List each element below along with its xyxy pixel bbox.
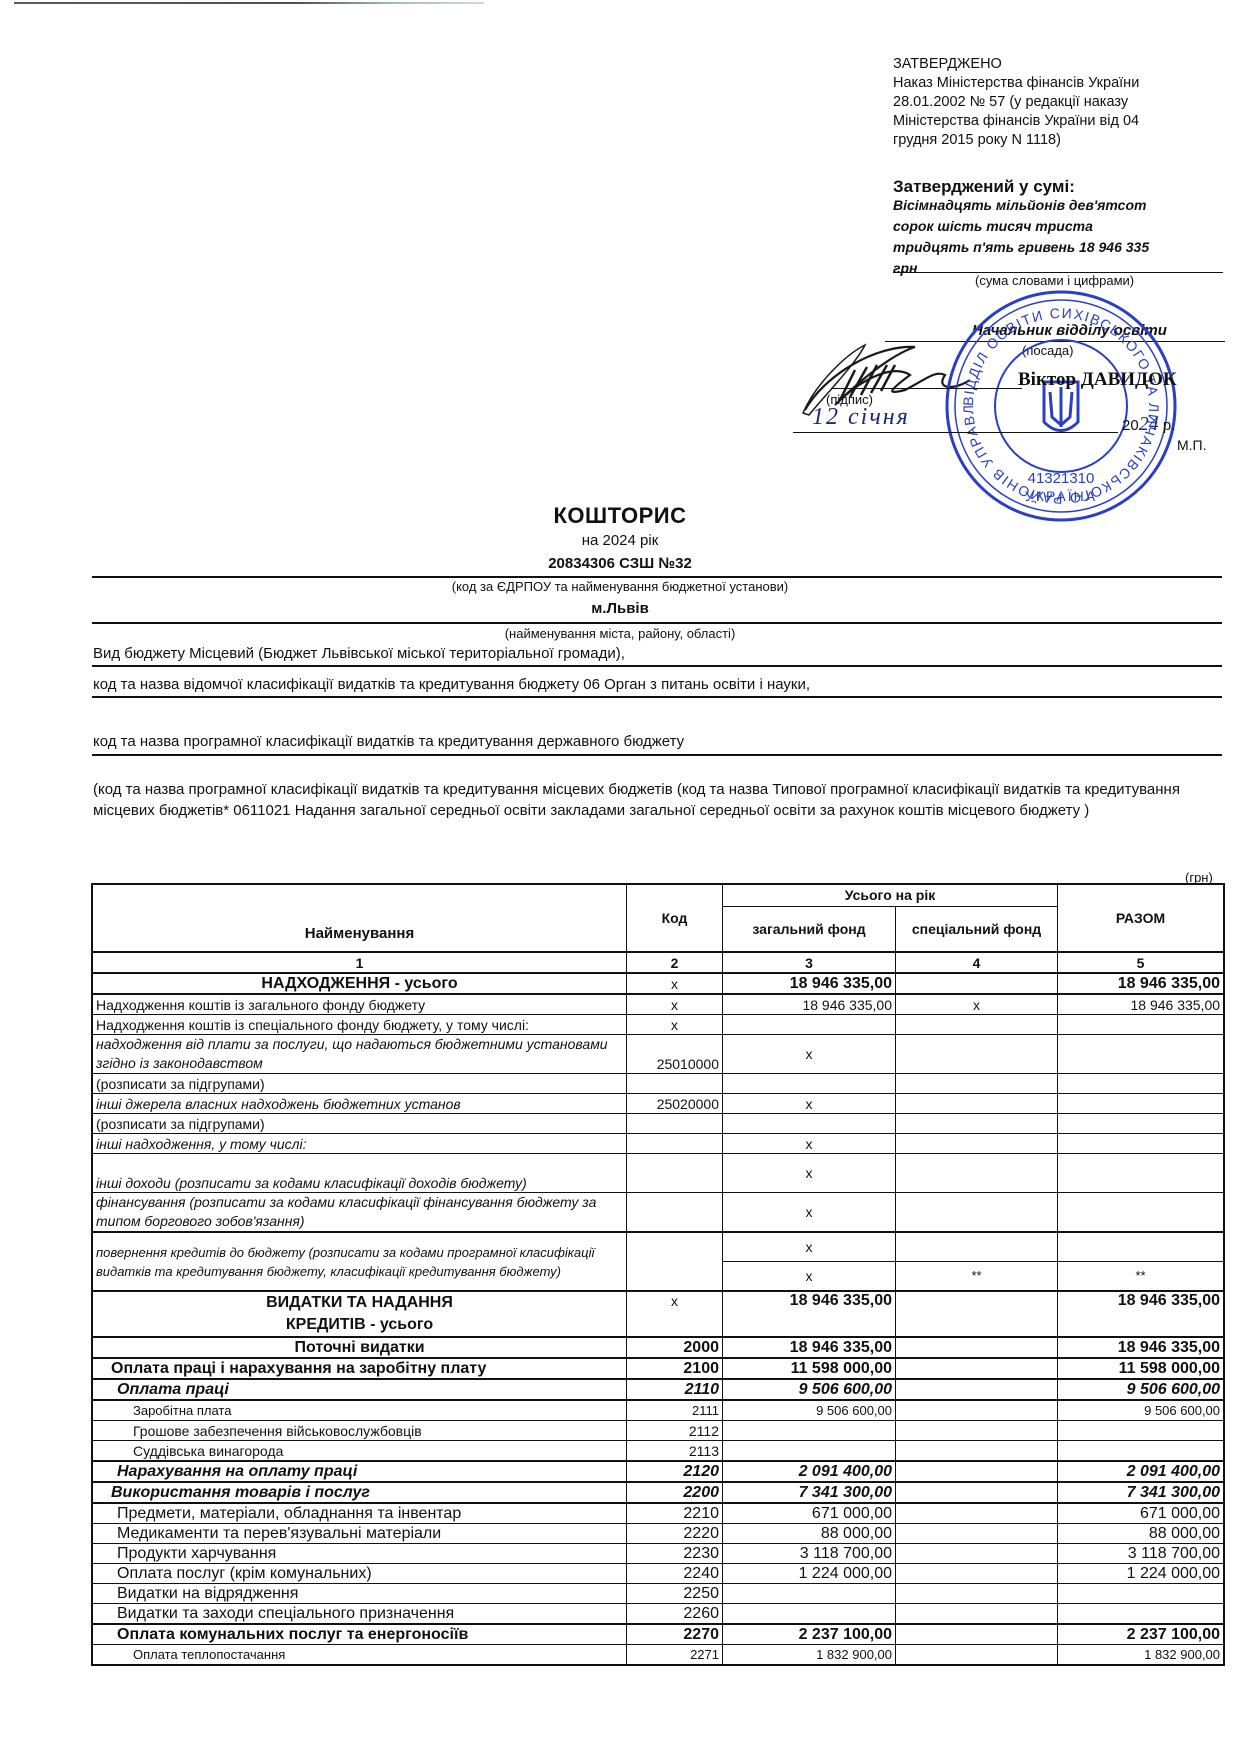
row-name: Використання товарів і послуг — [93, 1482, 627, 1503]
row-special — [896, 1291, 1058, 1337]
header-name: Найменування — [93, 885, 627, 953]
approval-order-line: Міністерства фінансів України від 04 — [893, 112, 1233, 131]
row-code: 2112 — [627, 1421, 723, 1441]
row-general — [723, 1584, 896, 1604]
stamp-code: 41321310 — [1028, 470, 1095, 487]
divider — [92, 665, 1222, 667]
city-caption: (найменування міста, району, області) — [0, 626, 1240, 641]
row-general: x — [723, 1232, 896, 1262]
row-name: Медикаменти та перев'язувальні матеріали — [93, 1524, 627, 1544]
row-general: 18 946 335,00 — [723, 1337, 896, 1358]
row-name: фінансування (розписати за кодами класиф… — [93, 1193, 627, 1233]
row-general: x — [723, 1035, 896, 1074]
row-name: Заробітна плата — [93, 1400, 627, 1421]
row-code: x — [627, 973, 723, 994]
table-row: Нарахування на оплату праці 2120 2 091 4… — [93, 1461, 1224, 1482]
table-row: Видатки на відрядження 2250 — [93, 1584, 1224, 1604]
row-general: 671 000,00 — [723, 1503, 896, 1524]
row-code: x — [627, 994, 723, 1015]
row-total — [1058, 1114, 1224, 1134]
row-total — [1058, 1154, 1224, 1193]
row-special — [896, 973, 1058, 994]
table-row: Оплата комунальних послуг та енергоносії… — [93, 1624, 1224, 1645]
row-special — [896, 1564, 1058, 1584]
local-program-classification: (код та назва програмної класифікації ви… — [93, 779, 1223, 821]
row-special: x — [896, 994, 1058, 1015]
row-total: 11 598 000,00 — [1058, 1358, 1224, 1379]
row-special — [896, 1337, 1058, 1358]
row-code: 2110 — [627, 1379, 723, 1400]
row-total: 9 506 600,00 — [1058, 1400, 1224, 1421]
state-program-classification: код та назва програмної класифікації вид… — [93, 733, 684, 750]
row-code: 25020000 — [627, 1094, 723, 1114]
row-general: x — [723, 1154, 896, 1193]
table-row: Продукти харчування 2230 3 118 700,00 3 … — [93, 1544, 1224, 1564]
row-name: НАДХОДЖЕННЯ - усього — [93, 973, 627, 994]
row-special — [896, 1482, 1058, 1503]
row-name: інші джерела власних надходжень бюджетни… — [93, 1094, 627, 1114]
divider — [92, 576, 1222, 578]
row-name: Нарахування на оплату праці — [93, 1461, 627, 1482]
row-special — [896, 1074, 1058, 1094]
table-row: Грошове забезпечення військовослужбовців… — [93, 1421, 1224, 1441]
row-special — [896, 1624, 1058, 1645]
stamp-place-label: М.П. — [1177, 437, 1207, 453]
row-code: 25010000 — [627, 1035, 723, 1074]
table-row: (розписати за підгрупами) — [93, 1114, 1224, 1134]
row-total — [1058, 1094, 1224, 1114]
row-general: 9 506 600,00 — [723, 1400, 896, 1421]
city-name: м.Львів — [0, 600, 1240, 617]
row-name: Надходження коштів із загального фонду б… — [93, 994, 627, 1015]
table-row: НАДХОДЖЕННЯ - усього x 18 946 335,00 18 … — [93, 973, 1224, 994]
header-total-year: Усього на рік — [723, 885, 1058, 907]
row-name: ВИДАТКИ ТА НАДАННЯ КРЕДИТІВ - усього — [93, 1291, 627, 1337]
row-special — [896, 1035, 1058, 1074]
row-general: 2 091 400,00 — [723, 1461, 896, 1482]
row-name: інші надходження, у тому числі: — [93, 1134, 627, 1154]
row-total — [1058, 1193, 1224, 1233]
column-number: 2 — [627, 952, 723, 973]
row-general: 9 506 600,00 — [723, 1379, 896, 1400]
table-row: Суддівська винагорода 2113 — [93, 1441, 1224, 1462]
row-code: 2260 — [627, 1604, 723, 1625]
table-row: Надходження коштів із загального фонду б… — [93, 994, 1224, 1015]
table-row: Оплата послуг (крім комунальних) 2240 1 … — [93, 1564, 1224, 1584]
row-total: 671 000,00 — [1058, 1503, 1224, 1524]
row-total — [1058, 1015, 1224, 1035]
row-special — [896, 1645, 1058, 1665]
table-row: Предмети, матеріали, обладнання та інвен… — [93, 1503, 1224, 1524]
column-number: 3 — [723, 952, 896, 973]
row-code: 2111 — [627, 1400, 723, 1421]
table-row: фінансування (розписати за кодами класиф… — [93, 1193, 1224, 1233]
row-code: 2120 — [627, 1461, 723, 1482]
row-total: 2 237 100,00 — [1058, 1624, 1224, 1645]
row-general — [723, 1604, 896, 1625]
table-row: (розписати за підгрупами) — [93, 1074, 1224, 1094]
row-total: 2 091 400,00 — [1058, 1461, 1224, 1482]
row-name: Суддівська винагорода — [93, 1441, 627, 1462]
budget-table: Найменування Код Усього на рік РАЗОМ заг… — [92, 884, 1224, 1665]
row-name: Оплата праці — [93, 1379, 627, 1400]
currency-unit: (грн) — [1185, 870, 1213, 885]
row-total: ** — [1058, 1262, 1224, 1292]
row-name: Видатки на відрядження — [93, 1584, 627, 1604]
column-number-row: 1 2 3 4 5 — [93, 952, 1224, 973]
row-general — [723, 1015, 896, 1035]
approval-order-line: 28.01.2002 № 57 (у редакції наказу — [893, 93, 1233, 112]
table-row: інші джерела власних надходжень бюджетни… — [93, 1094, 1224, 1114]
approval-order-line: Наказ Міністерства фінансів України — [893, 74, 1233, 93]
row-general — [723, 1114, 896, 1134]
row-code: 2200 — [627, 1482, 723, 1503]
row-code — [627, 1074, 723, 1094]
row-name: (розписати за підгрупами) — [93, 1074, 627, 1094]
approval-block: ЗАТВЕРДЖЕНО Наказ Міністерства фінансів … — [893, 55, 1233, 150]
header-special-fund: спеціальний фонд — [896, 906, 1058, 952]
row-general: 3 118 700,00 — [723, 1544, 896, 1564]
row-total: 1 224 000,00 — [1058, 1564, 1224, 1584]
row-general: 7 341 300,00 — [723, 1482, 896, 1503]
row-total — [1058, 1074, 1224, 1094]
row-total: 18 946 335,00 — [1058, 1291, 1224, 1337]
sum-words-line: Вісімнадцять мільйонів дев'ятсот — [893, 195, 1223, 216]
row-name: Оплата теплопостачання — [93, 1645, 627, 1665]
row-code — [627, 1114, 723, 1134]
row-code: 2271 — [627, 1645, 723, 1665]
row-special — [896, 1544, 1058, 1564]
row-code: x — [627, 1291, 723, 1337]
signer-name: Віктор ДАВИДОК — [1018, 369, 1177, 391]
stamp-country: УКРАЇНА — [1025, 488, 1097, 504]
row-special — [896, 1441, 1058, 1462]
row-general — [723, 1421, 896, 1441]
row-general: 11 598 000,00 — [723, 1358, 896, 1379]
budget-type: Вид бюджету Місцевий (Бюджет Львівської … — [93, 645, 625, 662]
row-special — [896, 1094, 1058, 1114]
approved-sum-words: Вісімнадцять мільйонів дев'ятсот сорок ш… — [893, 195, 1223, 279]
date-underline — [793, 432, 1118, 433]
row-special — [896, 1358, 1058, 1379]
scan-artifact-line — [14, 2, 484, 4]
official-stamp-icon: ВІДДІЛ ОСВІТИ СИХІВСЬКОГО ТА ЛИЧАКІВСЬКО… — [942, 287, 1180, 525]
year-handwritten: 24 — [1139, 413, 1159, 435]
table-row: Використання товарів і послуг 2200 7 341… — [93, 1482, 1224, 1503]
row-total: 9 506 600,00 — [1058, 1379, 1224, 1400]
row-general: 1 224 000,00 — [723, 1564, 896, 1584]
table-row: ВИДАТКИ ТА НАДАННЯ КРЕДИТІВ - усього x 1… — [93, 1291, 1224, 1337]
row-special — [896, 1421, 1058, 1441]
approval-heading: ЗАТВЕРДЖЕНО — [893, 55, 1233, 74]
row-total — [1058, 1232, 1224, 1262]
table-row: Заробітна плата 2111 9 506 600,00 9 506 … — [93, 1400, 1224, 1421]
approval-year: 2024 р. — [1122, 413, 1175, 436]
row-name: повернення кредитів до бюджету (розписат… — [93, 1232, 627, 1291]
row-general: 2 237 100,00 — [723, 1624, 896, 1645]
approval-order-line: грудня 2015 року N 1118) — [893, 131, 1233, 150]
table-row: Оплата праці 2110 9 506 600,00 9 506 600… — [93, 1379, 1224, 1400]
row-general: 88 000,00 — [723, 1524, 896, 1544]
row-name: надходження від плати за послуги, що над… — [93, 1035, 627, 1074]
row-special — [896, 1134, 1058, 1154]
row-name: Надходження коштів із спеціального фонду… — [93, 1015, 627, 1035]
row-special — [896, 1524, 1058, 1544]
row-special — [896, 1584, 1058, 1604]
row-code: 2250 — [627, 1584, 723, 1604]
column-number: 5 — [1058, 952, 1224, 973]
table-row: Видатки та заходи спеціального призначен… — [93, 1604, 1224, 1625]
row-name: Грошове забезпечення військовослужбовців — [93, 1421, 627, 1441]
row-name: Видатки та заходи спеціального призначен… — [93, 1604, 627, 1625]
row-code — [627, 1193, 723, 1233]
row-total: 18 946 335,00 — [1058, 994, 1224, 1015]
row-general — [723, 1074, 896, 1094]
row-general: x — [723, 1193, 896, 1233]
row-total: 7 341 300,00 — [1058, 1482, 1224, 1503]
row-special: ** — [896, 1262, 1058, 1292]
row-special — [896, 1461, 1058, 1482]
institution-caption: (код за ЄДРПОУ та найменування бюджетної… — [0, 579, 1240, 594]
row-code — [627, 1154, 723, 1193]
row-total — [1058, 1134, 1224, 1154]
row-name: Оплата праці і нарахування на заробітну … — [93, 1358, 627, 1379]
row-name: інші доходи (розписати за кодами класифі… — [93, 1154, 627, 1193]
row-general: x — [723, 1262, 896, 1292]
row-name: Оплата комунальних послуг та енергоносії… — [93, 1624, 627, 1645]
row-special — [896, 1154, 1058, 1193]
row-code: 2100 — [627, 1358, 723, 1379]
row-total: 3 118 700,00 — [1058, 1544, 1224, 1564]
row-general: x — [723, 1134, 896, 1154]
row-code: 2113 — [627, 1441, 723, 1462]
institution-code-name: 20834306 СЗШ №32 — [0, 555, 1240, 572]
table-row: Оплата праці і нарахування на заробітну … — [93, 1358, 1224, 1379]
row-total — [1058, 1441, 1224, 1462]
row-general: 18 946 335,00 — [723, 973, 896, 994]
table-row: інші надходження, у тому числі: x — [93, 1134, 1224, 1154]
table-header-row: Найменування Код Усього на рік РАЗОМ — [93, 885, 1224, 907]
row-code: 2000 — [627, 1337, 723, 1358]
row-total: 18 946 335,00 — [1058, 973, 1224, 994]
row-special — [896, 1604, 1058, 1625]
row-special — [896, 1379, 1058, 1400]
header-code: Код — [627, 885, 723, 953]
row-general: x — [723, 1094, 896, 1114]
departmental-classification: код та назва відомчої класифікації видат… — [93, 676, 810, 693]
row-special — [896, 1400, 1058, 1421]
table-row: Надходження коштів із спеціального фонду… — [93, 1015, 1224, 1035]
sum-caption: (сума словами і цифрами) — [975, 273, 1134, 288]
column-number: 4 — [896, 952, 1058, 973]
approved-sum-block: Затверджений у сумі: Вісімнадцять мільйо… — [893, 178, 1223, 279]
sum-words-line: тридцять п'ять гривень 18 946 335 — [893, 237, 1223, 258]
table-row: надходження від плати за послуги, що над… — [93, 1035, 1224, 1074]
header-general-fund: загальний фонд — [723, 906, 896, 952]
row-total — [1058, 1604, 1224, 1625]
signature-underline — [832, 388, 1022, 389]
row-name: Оплата послуг (крім комунальних) — [93, 1564, 627, 1584]
row-code — [627, 1134, 723, 1154]
row-general: 1 832 900,00 — [723, 1645, 896, 1665]
table-row: Поточні видатки 2000 18 946 335,00 18 94… — [93, 1337, 1224, 1358]
row-code — [627, 1232, 723, 1291]
row-total: 1 832 900,00 — [1058, 1645, 1224, 1665]
row-code: 2240 — [627, 1564, 723, 1584]
row-name: Продукти харчування — [93, 1544, 627, 1564]
approval-date-handwritten: 12 січня — [812, 404, 910, 431]
column-number: 1 — [93, 952, 627, 973]
table-row: Оплата теплопостачання 2271 1 832 900,00… — [93, 1645, 1224, 1665]
row-name: Предмети, матеріали, обладнання та інвен… — [93, 1503, 627, 1524]
row-total — [1058, 1421, 1224, 1441]
row-special — [896, 1015, 1058, 1035]
table-row: Медикаменти та перев'язувальні матеріали… — [93, 1524, 1224, 1544]
row-special — [896, 1114, 1058, 1134]
year-suffix: р. — [1159, 417, 1176, 434]
row-total — [1058, 1035, 1224, 1074]
row-general: 18 946 335,00 — [723, 1291, 896, 1337]
row-special — [896, 1503, 1058, 1524]
document-title: КОШТОРИС — [0, 503, 1240, 529]
row-total: 88 000,00 — [1058, 1524, 1224, 1544]
divider — [92, 754, 1222, 756]
divider — [92, 696, 1222, 698]
row-name: (розписати за підгрупами) — [93, 1114, 627, 1134]
row-code: 2270 — [627, 1624, 723, 1645]
row-total: 18 946 335,00 — [1058, 1337, 1224, 1358]
row-code: 2220 — [627, 1524, 723, 1544]
row-total — [1058, 1584, 1224, 1604]
table-row: інші доходи (розписати за кодами класифі… — [93, 1154, 1224, 1193]
row-name: Поточні видатки — [93, 1337, 627, 1358]
year-prefix: 20 — [1122, 417, 1139, 434]
row-special — [896, 1232, 1058, 1262]
document-year: на 2024 рік — [0, 532, 1240, 549]
row-general — [723, 1441, 896, 1462]
row-general: 18 946 335,00 — [723, 994, 896, 1015]
approved-sum-title: Затверджений у сумі: — [893, 178, 1223, 195]
divider — [92, 622, 1222, 624]
header-total: РАЗОМ — [1058, 885, 1224, 953]
row-code: 2210 — [627, 1503, 723, 1524]
row-code: x — [627, 1015, 723, 1035]
row-special — [896, 1193, 1058, 1233]
table-row: повернення кредитів до бюджету (розписат… — [93, 1232, 1224, 1262]
row-code: 2230 — [627, 1544, 723, 1564]
sum-words-line: сорок шість тисяч триста — [893, 216, 1223, 237]
